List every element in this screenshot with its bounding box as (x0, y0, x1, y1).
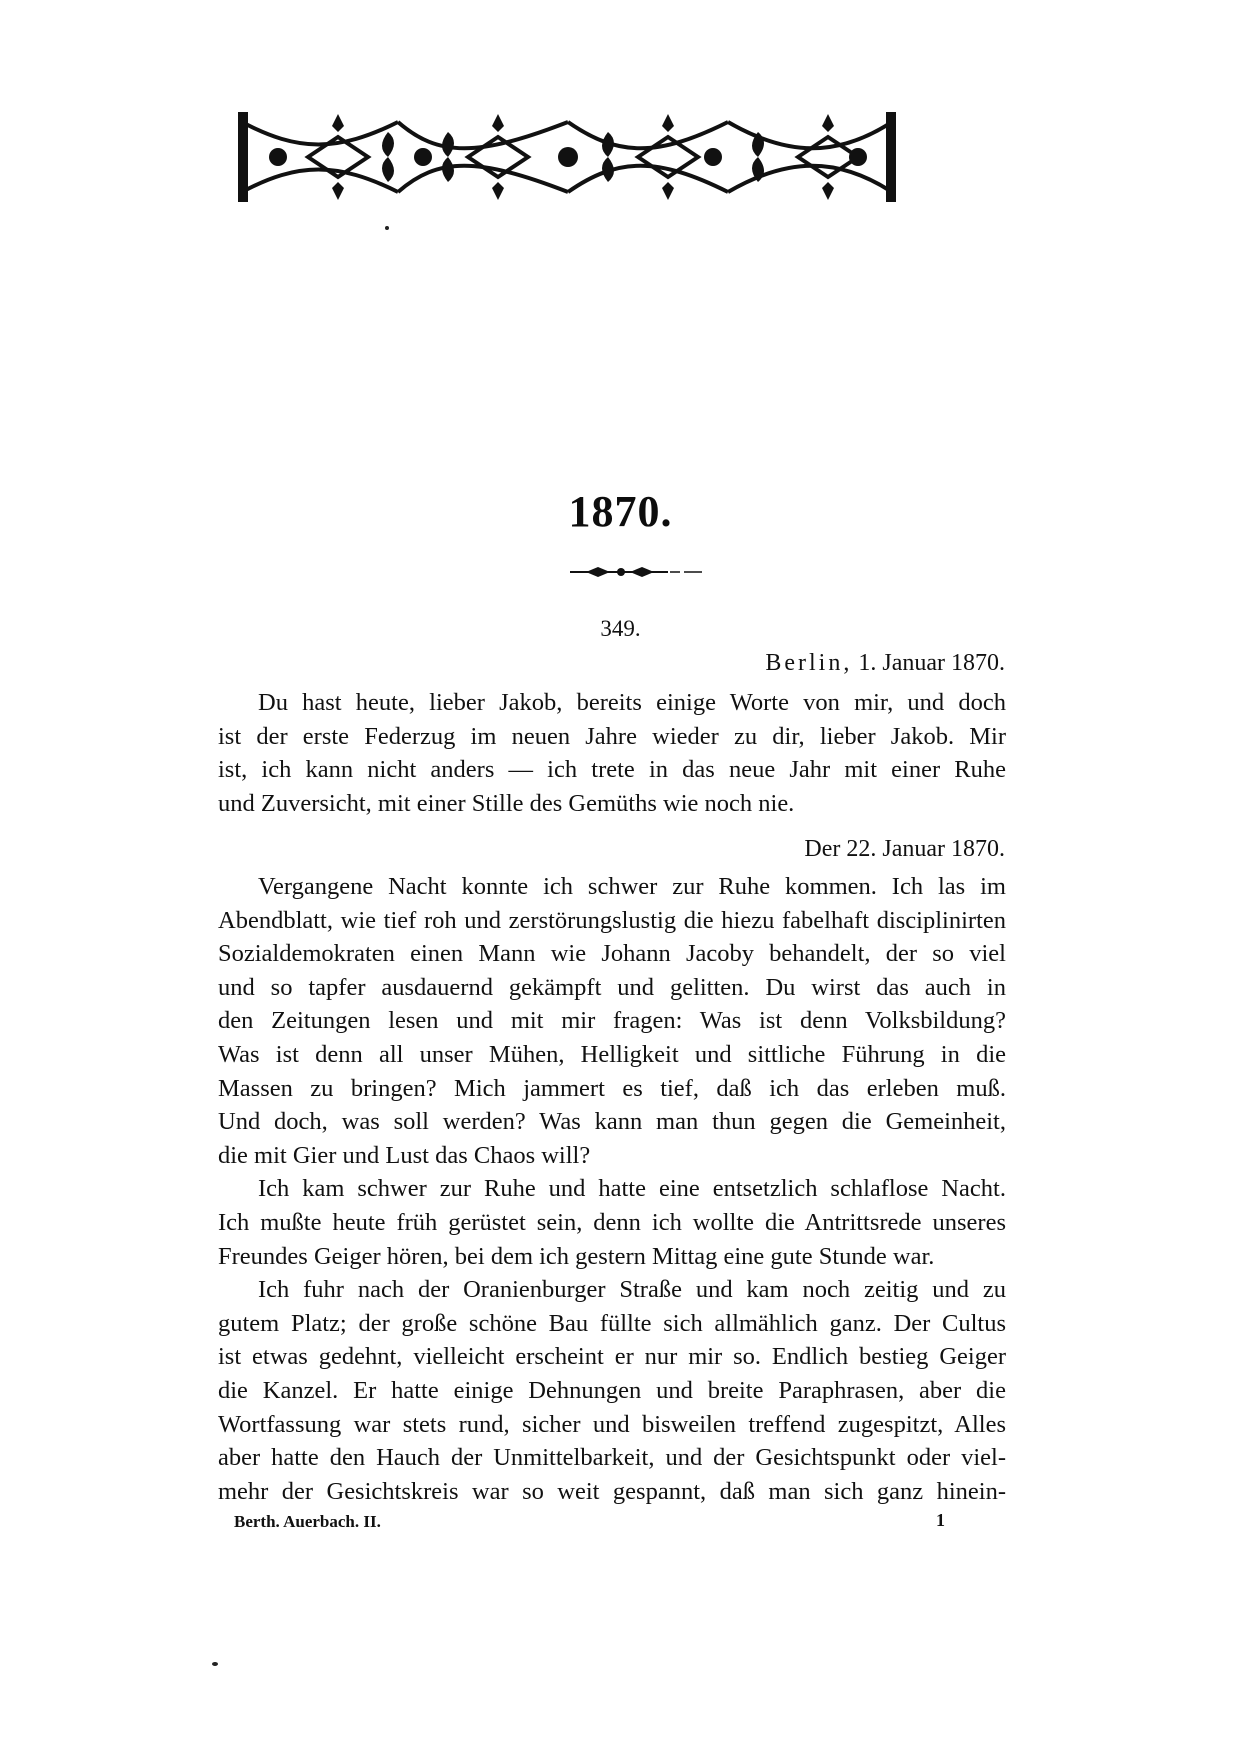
floral-scroll-headpiece-icon (238, 112, 896, 202)
print-speck (212, 1662, 218, 1666)
signature-mark: Berth. Auerbach. II. (234, 1512, 381, 1532)
dateline-place: Berlin, (765, 650, 852, 676)
text-line: mehr der Gesichtskreis war so weit gespa… (218, 1475, 1006, 1509)
text-line: Massen zu bringen? Mich jammert es tief,… (218, 1072, 1006, 1106)
dateline-date: 1. Januar 1870. (858, 650, 1005, 676)
text-line: die Kanzel. Er hatte einige Dehnungen un… (218, 1374, 1006, 1408)
text-line: und Zuversicht, mit einer Stille des Gem… (218, 787, 1006, 821)
text-line: Und doch, was soll werden? Was kann man … (218, 1105, 1006, 1139)
dateline-date: 22. Januar 1870. (846, 836, 1005, 862)
text-line: Ich fuhr nach der Oranienburger Straße u… (218, 1273, 1006, 1307)
letter-number: 349. (0, 616, 1241, 642)
text-line: die mit Gier und Lust das Chaos will? (218, 1139, 1006, 1173)
year-heading: 1870. (0, 486, 1241, 537)
dateline-berlin: Berlin, 1. Januar 1870. (765, 650, 1005, 677)
text-line: den Zeitungen lesen und mit mir fragen: … (218, 1004, 1006, 1038)
text-line: Sozialdemokraten einen Mann wie Johann J… (218, 937, 1006, 971)
entry-paragraphs: Vergangene Nacht konnte ich schwer zur R… (218, 870, 1006, 1508)
text-line: gutem Platz; der große schöne Bau füllte… (218, 1307, 1006, 1341)
text-line: Du hast heute, lieber Jakob, bereits ein… (218, 686, 1006, 720)
text-line: Wortfassung war stets rund, sicher und b… (218, 1408, 1006, 1442)
text-line: ist der erste Federzug im neuen Jahre wi… (218, 720, 1006, 754)
text-line: und so tapfer ausdauernd gekämpft und ge… (218, 971, 1006, 1005)
text-line: Vergangene Nacht konnte ich schwer zur R… (218, 870, 1006, 904)
diamond-dot-rule-icon (568, 566, 704, 578)
text-line: Ich kam schwer zur Ruhe und hatte eine e… (218, 1172, 1006, 1206)
page-number: 1 (936, 1510, 945, 1531)
text-line: aber hatte den Hauch der Unmittelbarkeit… (218, 1441, 1006, 1475)
dateline-22-januar: Der 22. Januar 1870. (804, 836, 1005, 863)
dateline-place: Der (804, 836, 840, 862)
text-line: ist, ich kann nicht anders — ich trete i… (218, 753, 1006, 787)
text-line: ist etwas gedehnt, vielleicht erscheint … (218, 1340, 1006, 1374)
text-line: Freundes Geiger hören, bei dem ich geste… (218, 1240, 1006, 1274)
entry-paragraphs: Du hast heute, lieber Jakob, bereits ein… (218, 686, 1006, 820)
text-line: Abendblatt, wie tief roh und zerstörungs… (218, 904, 1006, 938)
text-line: Was ist denn all unser Mühen, Helligkeit… (218, 1038, 1006, 1072)
print-speck (385, 226, 389, 230)
text-line: Ich mußte heute früh gerüstet sein, denn… (218, 1206, 1006, 1240)
